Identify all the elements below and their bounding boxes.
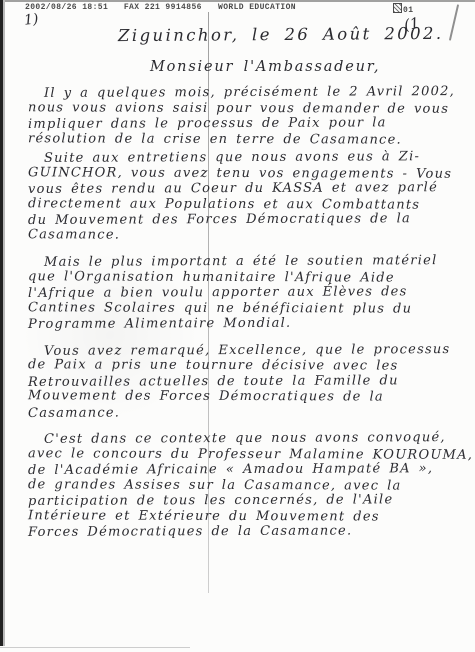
letter-paragraph: Il y a quelques mois, précisément le 2 A… bbox=[28, 85, 458, 147]
letter-line: Programme Alimentaire Mondial. bbox=[28, 315, 458, 332]
scan-edge-left-soft bbox=[3, 0, 5, 646]
letter-dateline: Ziguinchor, le 26 Août 2002. bbox=[118, 24, 444, 45]
letter-line: Mais le plus important a été le soutien … bbox=[28, 253, 458, 270]
letter-line: directement aux Populations et aux Comba… bbox=[28, 196, 458, 213]
letter-paragraph: Mais le plus important a été le soutien … bbox=[28, 254, 458, 332]
fax-timestamp: 2002/08/26 18:51 FAX 221 9914856 bbox=[25, 3, 202, 12]
scan-edge-top bbox=[0, 0, 475, 2]
letter-line: vous êtes rendu au Coeur du KASSA et ave… bbox=[28, 180, 458, 197]
fax-page: 2002/08/26 18:51 FAX 221 9914856 WORLD E… bbox=[0, 0, 475, 652]
letter-line: résolution de la crise en terre de Casam… bbox=[28, 131, 458, 148]
letter-line: Il y a quelques mois, précisément le 2 A… bbox=[28, 84, 458, 101]
letter-line: Casamance. bbox=[28, 404, 458, 421]
letter-line: Mouvement des Forces Démocratiques de la bbox=[28, 388, 458, 405]
letter-line: de grandes Assises sur la Casamance, ave… bbox=[28, 477, 458, 494]
letter-line: Casamance. bbox=[28, 227, 458, 244]
letter-line: Retrouvailles actuelles de toute la Fami… bbox=[28, 373, 458, 390]
letter-paragraph: C'est dans ce contexte que nous avons co… bbox=[28, 431, 458, 540]
letter-body: Il y a quelques mois, précisément le 2 A… bbox=[28, 85, 458, 551]
letter-line: de l'Académie Africaine « Amadou Hampaté… bbox=[28, 461, 458, 478]
letter-salutation: Monsieur l'Ambassadeur, bbox=[150, 59, 380, 75]
letter-line: participation de tous les concernés, de … bbox=[28, 492, 458, 509]
letter-line: Intérieure et Extérieure du Mouvement de… bbox=[28, 508, 458, 525]
fax-page-indicator: 01 bbox=[393, 3, 413, 15]
letter-line: Vous avez remarqué, Excellence, que le p… bbox=[28, 342, 458, 359]
letter-line: l'Afrique a bien voulu apporter aux Élèv… bbox=[28, 284, 458, 301]
letter-line: Suite aux entretiens que nous avons eus … bbox=[28, 149, 458, 166]
fax-sender: WORLD EDUCATION bbox=[218, 3, 296, 12]
handwritten-mark-left: 1) bbox=[23, 11, 39, 28]
fax-page-number: 01 bbox=[403, 6, 413, 15]
letter-line: C'est dans ce contexte que nous avons co… bbox=[28, 430, 458, 447]
letter-line: Cantines Scolaires qui ne bénéficiaient … bbox=[28, 300, 458, 317]
letter-line: avec le concours du Professeur Malamine … bbox=[28, 446, 458, 463]
letter-line: impliquer dans le processus de Paix pour… bbox=[28, 115, 458, 132]
page-icon bbox=[393, 3, 402, 13]
letter-paragraph: Suite aux entretiens que nous avons eus … bbox=[28, 150, 458, 243]
letter-line: GUINCHOR, vous avez tenu vos engagements… bbox=[28, 165, 458, 182]
letter-paragraph: Vous avez remarqué, Excellence, que le p… bbox=[28, 343, 458, 421]
letter-line: que l'Organisation humanitaire l'Afrique… bbox=[28, 269, 458, 286]
letter-line: du Mouvement des Forces Démocratiques de… bbox=[28, 211, 458, 228]
letter-line: de Paix a pris une tournure décisive ave… bbox=[28, 357, 458, 374]
letter-line: nous vous avions saisi pour vous demande… bbox=[28, 100, 458, 117]
letter-line: Forces Démocratiques de la Casamance. bbox=[28, 523, 458, 540]
fax-header: 2002/08/26 18:51 FAX 221 9914856 WORLD E… bbox=[0, 3, 475, 15]
scan-artifact-line bbox=[0, 647, 190, 648]
fax-number-text: FAX 221 9914856 bbox=[124, 3, 202, 12]
